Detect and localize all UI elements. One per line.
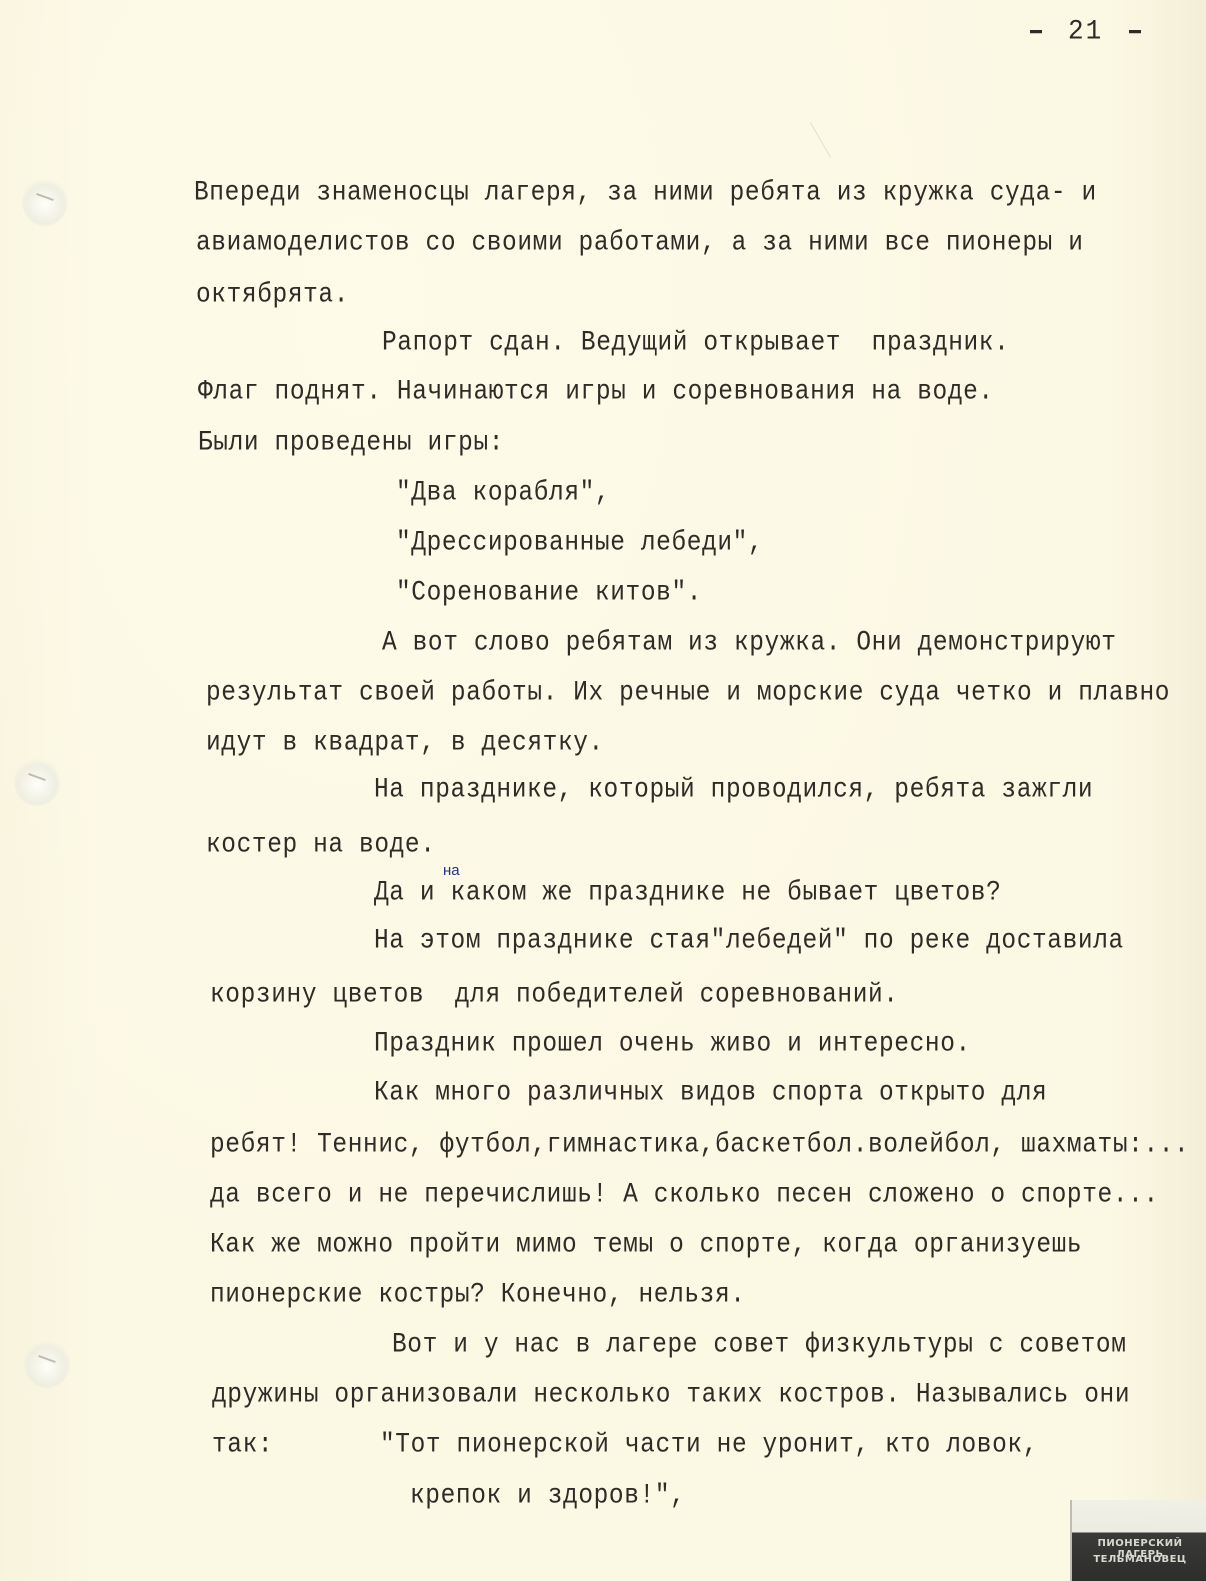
handwritten-insertion: на (443, 862, 460, 879)
dash (1129, 30, 1141, 33)
archive-stamp: ПИОНЕРСКИЙ ЛАГЕРЬ ТЕЛЬМАНОВЕЦ (1070, 1500, 1206, 1581)
text-line: На этом празднике стая"лебедей" по реке … (374, 926, 1124, 956)
text-line: Праздник прошел очень живо и интересно. (374, 1029, 971, 1059)
page-number: 21 (1004, 13, 1167, 48)
punch-hole-mark (24, 1340, 70, 1388)
text-line: Рапорт сдан. Ведущий открывает праздник. (382, 328, 1009, 358)
text-line: идут в квадрат, в десятку. (206, 728, 604, 758)
punch-hole-mark (14, 758, 60, 806)
text-line: "Тот пионерской части не уронит, кто лов… (380, 1430, 1038, 1460)
text-line: Флаг поднят. Начинаются игры и соревнова… (198, 377, 994, 407)
text-line: костер на воде. (206, 830, 436, 860)
text-line: пионерские костры? Конечно, нельзя. (210, 1280, 746, 1310)
stamp-line-2: ТЕЛЬМАНОВЕЦ (1072, 1554, 1206, 1565)
text-line: да всего и не перечислишь! А сколько пес… (210, 1180, 1159, 1210)
text-line: А вот слово ребятам из кружка. Они демон… (382, 628, 1117, 658)
text-line: крепок и здоров!", (410, 1481, 685, 1511)
text-line: Да и каком же празднике не бывает цветов… (374, 878, 1001, 908)
text-line: Были проведены игры: (198, 428, 504, 458)
text-line: авиамоделистов со своими работами, а за … (196, 228, 1084, 258)
page-number-value: 21 (1068, 15, 1103, 47)
text-line: Впереди знаменосцы лагеря, за ними ребят… (194, 178, 1097, 208)
text-line: "Дрессированные лебеди", (396, 528, 763, 558)
dash (1030, 30, 1042, 33)
text-line: результат своей работы. Их речные и морс… (206, 678, 1170, 708)
text-line: корзину цветов для победителей соревнова… (210, 980, 899, 1010)
text-line: "Два корабля", (396, 478, 610, 508)
text-line: октябрята. (196, 280, 349, 310)
text-line: Как же можно пройти мимо темы о спорте, … (210, 1230, 1082, 1260)
text-line: ребят! Теннис, футбол,гимнастика,баскетб… (210, 1130, 1189, 1160)
text-line: "Соренование китов". (396, 578, 702, 608)
text-line: Как много различных видов спорта открыто… (374, 1078, 1047, 1108)
text-line: дружины организовали несколько таких кос… (212, 1380, 1130, 1410)
text-line: Вот и у нас в лагере совет физкультуры с… (392, 1330, 1127, 1360)
text-line: На празднике, который проводился, ребята… (374, 775, 1093, 805)
punch-hole-mark (22, 178, 68, 226)
paper-crease (810, 122, 831, 157)
text-line: так: (212, 1430, 273, 1460)
